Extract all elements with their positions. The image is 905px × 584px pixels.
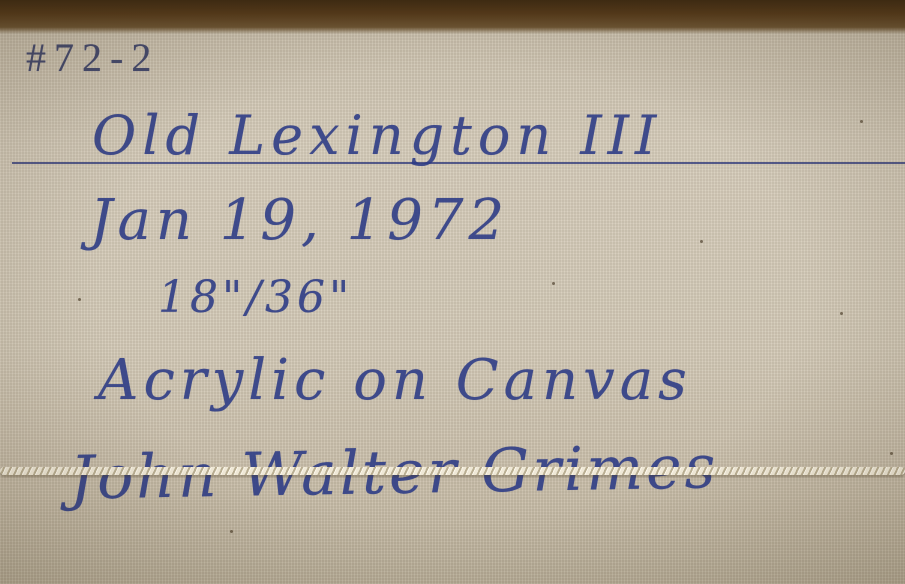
canvas-speck [840, 312, 843, 315]
canvas-speck [700, 240, 703, 243]
hanging-wire [0, 467, 905, 475]
catalog-number: #72-2 [26, 34, 159, 81]
painting-dimensions: 18"/36" [158, 272, 353, 323]
canvas-speck [860, 120, 863, 123]
canvas-speck [890, 452, 893, 455]
canvas-speck [230, 530, 233, 533]
canvas-back-photo: #72-2 Old Lexington III Jan 19, 1972 18"… [0, 0, 905, 584]
painting-date: Jan 19, 1972 [90, 188, 509, 253]
wooden-stretcher-bar [0, 0, 905, 34]
painting-title: Old Lexington III [92, 104, 662, 167]
canvas-speck [552, 282, 555, 285]
painting-medium: Acrylic on Canvas [98, 348, 692, 413]
canvas-speck [78, 298, 81, 301]
